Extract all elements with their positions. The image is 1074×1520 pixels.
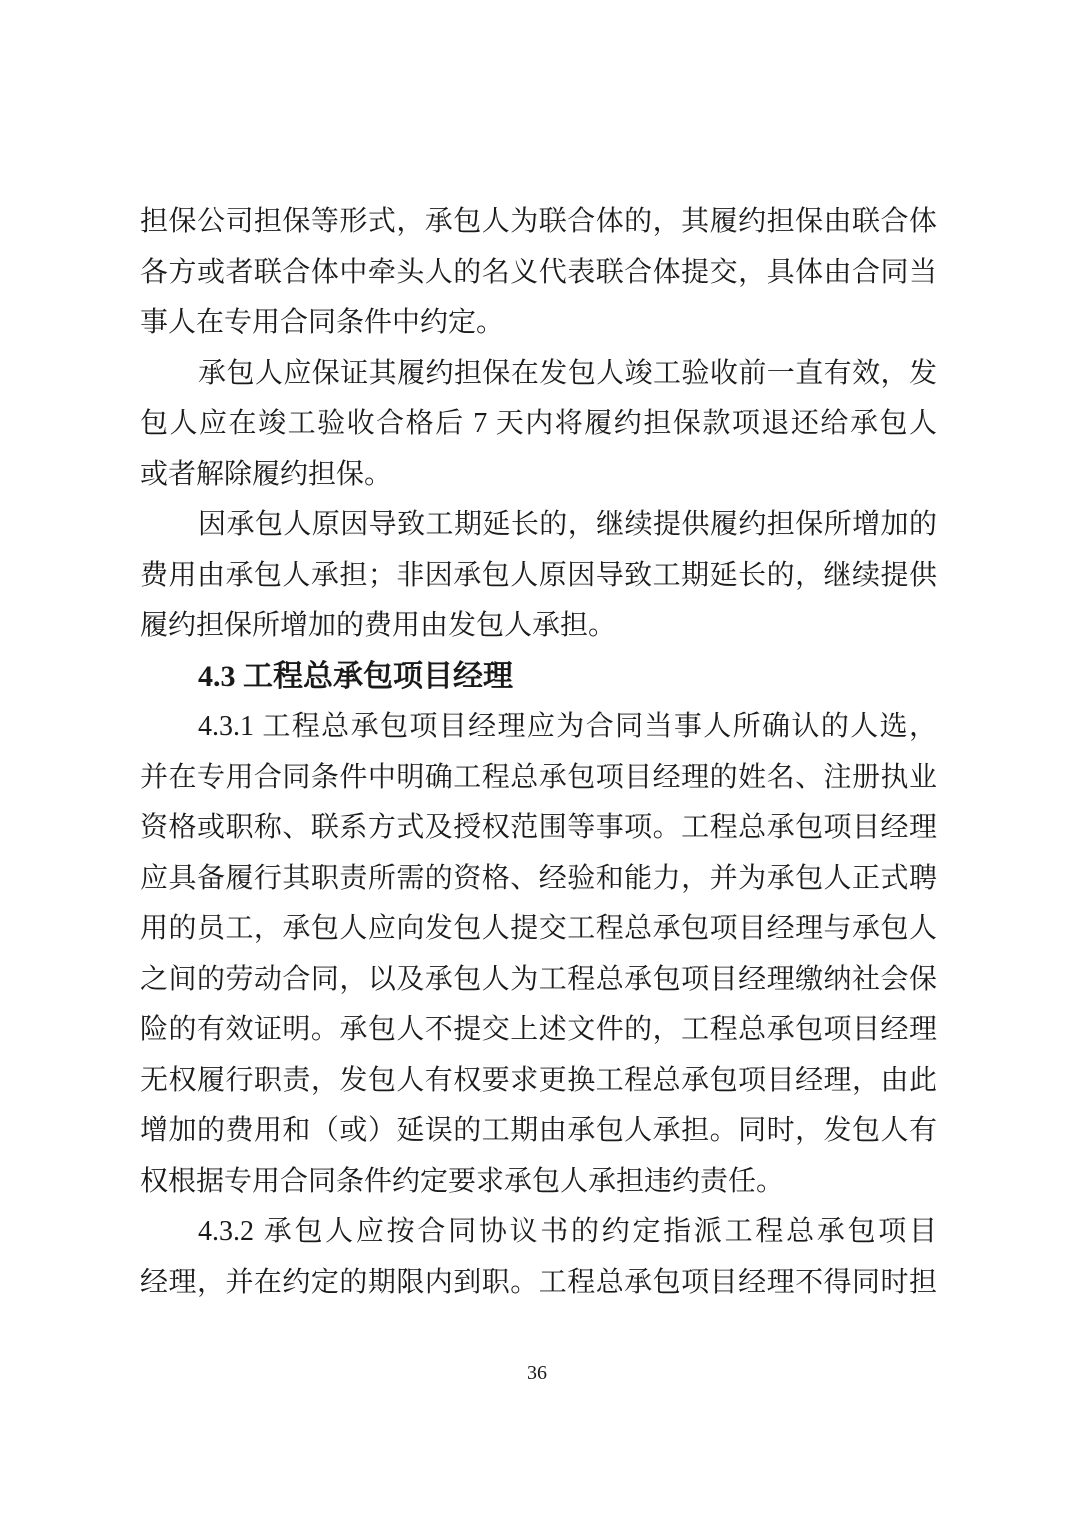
document-body: 担保公司担保等形式，承包人为联合体的，其履约担保由联合体各方或者联合体中牵头人的… bbox=[140, 197, 937, 1308]
text-line: 经理，并在约定的期限内到职。工程总承包项目经理不得同时担 bbox=[140, 1258, 937, 1309]
page-number: 36 bbox=[0, 1358, 1074, 1388]
text-line: 增加的费用和（或）延误的工期由承包人承担。同时，发包人有 bbox=[140, 1106, 937, 1157]
document-page: 担保公司担保等形式，承包人为联合体的，其履约担保由联合体各方或者联合体中牵头人的… bbox=[0, 0, 1074, 1520]
text-line: 担保公司担保等形式，承包人为联合体的，其履约担保由联合体 bbox=[140, 197, 937, 248]
text-line: 事人在专用合同条件中约定。 bbox=[140, 298, 937, 349]
text-line: 承包人应保证其履约担保在发包人竣工验收前一直有效，发 bbox=[140, 349, 937, 400]
text-line: 各方或者联合体中牵头人的名义代表联合体提交，具体由合同当 bbox=[140, 248, 937, 299]
text-line: 应具备履行其职责所需的资格、经验和能力，并为承包人正式聘 bbox=[140, 854, 937, 905]
text-line: 履约担保所增加的费用由发包人承担。 bbox=[140, 601, 937, 652]
text-line: 4.3.1 工程总承包项目经理应为合同当事人所确认的人选， bbox=[140, 702, 937, 753]
text-line: 用的员工，承包人应向发包人提交工程总承包项目经理与承包人 bbox=[140, 904, 937, 955]
section-heading: 4.3 工程总承包项目经理 bbox=[140, 652, 937, 703]
text-line: 或者解除履约担保。 bbox=[140, 450, 937, 501]
text-line: 4.3.2 承包人应按合同协议书的约定指派工程总承包项目 bbox=[140, 1207, 937, 1258]
text-line: 并在专用合同条件中明确工程总承包项目经理的姓名、注册执业 bbox=[140, 753, 937, 804]
text-line: 费用由承包人承担；非因承包人原因导致工期延长的，继续提供 bbox=[140, 551, 937, 602]
text-line: 因承包人原因导致工期延长的，继续提供履约担保所增加的 bbox=[140, 500, 937, 551]
text-line: 无权履行职责，发包人有权要求更换工程总承包项目经理，由此 bbox=[140, 1056, 937, 1107]
text-line: 之间的劳动合同，以及承包人为工程总承包项目经理缴纳社会保 bbox=[140, 955, 937, 1006]
text-line: 资格或职称、联系方式及授权范围等事项。工程总承包项目经理 bbox=[140, 803, 937, 854]
text-line: 权根据专用合同条件约定要求承包人承担违约责任。 bbox=[140, 1157, 937, 1208]
text-line: 包人应在竣工验收合格后 7 天内将履约担保款项退还给承包人 bbox=[140, 399, 937, 450]
text-line: 险的有效证明。承包人不提交上述文件的，工程总承包项目经理 bbox=[140, 1005, 937, 1056]
